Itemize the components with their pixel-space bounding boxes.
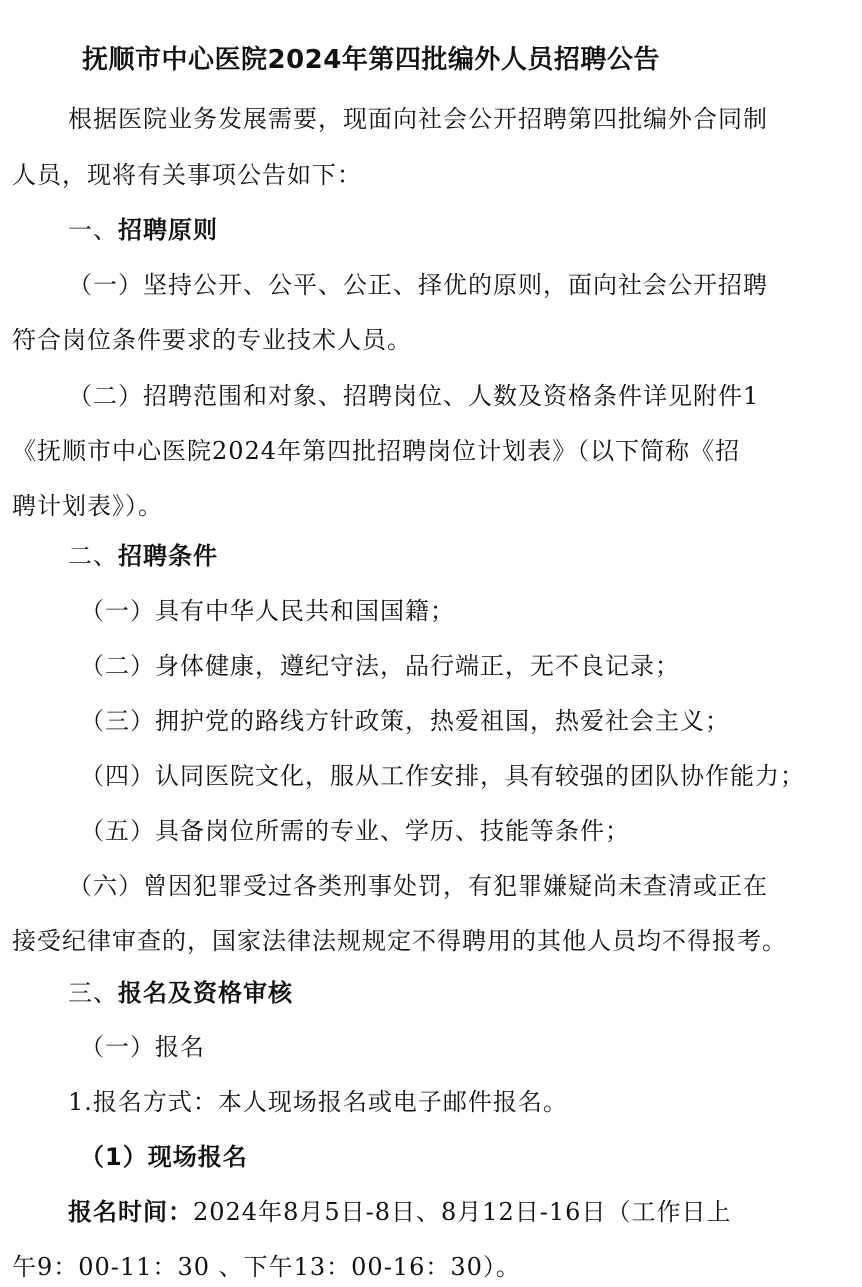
onsite-registration-heading: （1）现场报名 [80,1142,248,1172]
section-2-title: 招聘条件 [118,542,218,570]
registration-time-text: 2024年8月5日-8日、8月12日-16日（工作日上 [193,1198,731,1226]
principle-1-line-2: 符合岗位条件要求的专业技术人员。 [12,325,412,355]
section-2-heading: 二、招聘条件 [68,541,218,571]
intro-line-2: 人员，现将有关事项公告如下： [12,160,362,190]
condition-1: （一）具有中华人民共和国国籍； [80,596,455,626]
condition-6-line-2: 接受纪律审查的，国家法律法规规定不得聘用的其他人员均不得报考。 [12,926,787,956]
section-1-number: 一、 [68,216,118,244]
registration-time-label: 报名时间： [68,1198,193,1226]
intro-line-1: 根据医院业务发展需要，现面向社会公开招聘第四批编外合同制 [68,104,768,134]
condition-5: （五）具备岗位所需的专业、学历、技能等条件； [80,816,630,846]
principle-2-line-1: （二）招聘范围和对象、招聘岗位、人数及资格条件详见附件1 [68,381,759,411]
section-3-title: 报名及资格审核 [118,979,293,1007]
section-1-heading: 一、招聘原则 [68,215,218,245]
section-3-heading: 三、报名及资格审核 [68,978,293,1008]
principle-1-line-1: （一）坚持公开、公平、公正、择优的原则，面向社会公开招聘 [68,270,768,300]
condition-6-line-1: （六）曾因犯罪受过各类刑事处罚，有犯罪嫌疑尚未查清或正在 [68,871,768,901]
condition-2: （二）身体健康，遵纪守法，品行端正，无不良记录； [80,651,680,681]
registration-time-line-1: 报名时间：2024年8月5日-8日、8月12日-16日（工作日上 [68,1197,731,1227]
registration-subheading: （一）报名 [80,1032,205,1062]
principle-2-line-2: 《抚顺市中心医院2024年第四批招聘岗位计划表》（以下简称《招 [12,436,740,466]
section-3-number: 三、 [68,979,118,1007]
principle-2-line-3: 聘计划表》）。 [12,491,163,521]
registration-time-line-2: 午9：00-11：30 、下午13：00-16：30）。 [12,1252,521,1282]
section-1-title: 招聘原则 [118,216,218,244]
document-page: 抚顺市中心医院2024年第四批编外人员招聘公告 根据医院业务发展需要，现面向社会… [0,0,862,1287]
condition-3: （三）拥护党的路线方针政策，热爱祖国，热爱社会主义； [80,706,730,736]
document-title: 抚顺市中心医院2024年第四批编外人员招聘公告 [82,45,660,75]
registration-method: 1.报名方式：本人现场报名或电子邮件报名。 [68,1087,568,1117]
condition-4: （四）认同医院文化，服从工作安排，具有较强的团队协作能力； [80,761,805,791]
section-2-number: 二、 [68,542,118,570]
